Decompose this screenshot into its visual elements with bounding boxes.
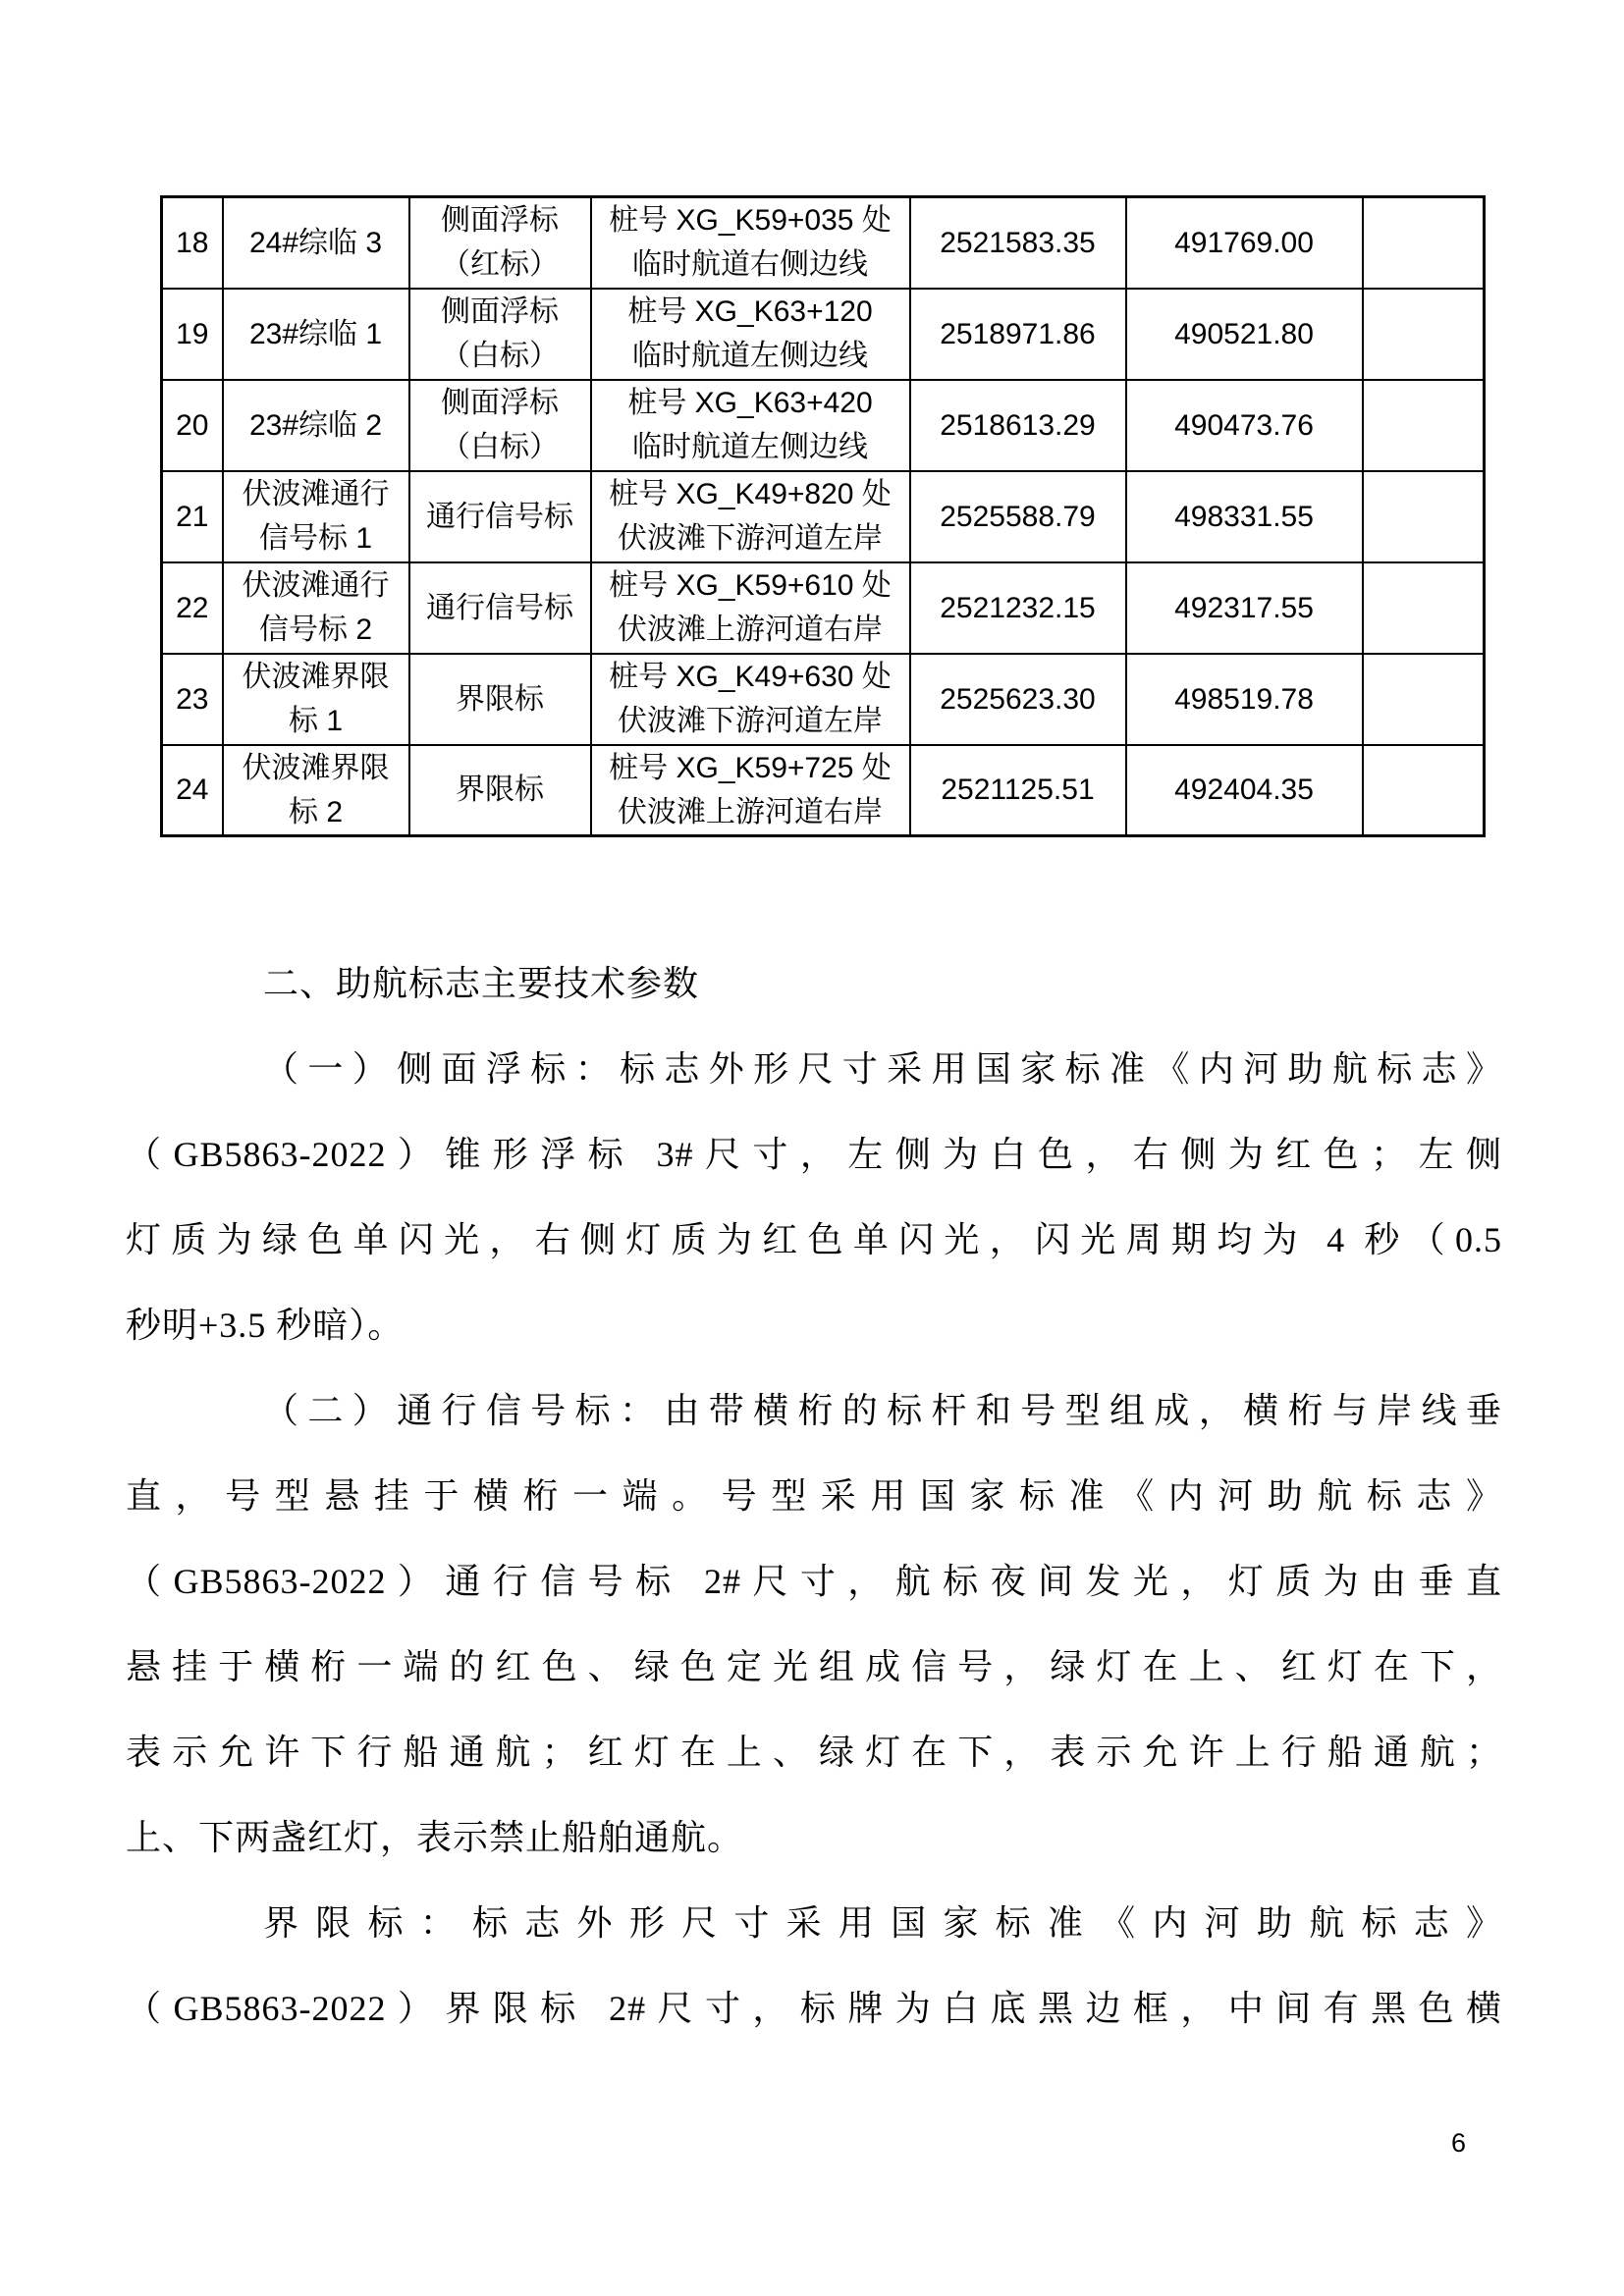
- location-line: 临时航道右侧边线: [592, 242, 909, 287]
- name-line: 信号标 1: [224, 516, 408, 561]
- remark-cell: [1363, 745, 1485, 836]
- name-line: 标 1: [224, 699, 408, 743]
- y-coordinate-cell: 498331.55: [1126, 471, 1363, 562]
- name-line: 标 2: [224, 790, 408, 834]
- body-line: 灯质为绿色单闪光，右侧灯质为红色单闪光，闪光周期均为 4 秒（0.5: [126, 1198, 1502, 1283]
- body-line: （GB5863-2022）通行信号标 2#尺寸，航标夜间发光，灯质为由垂直: [126, 1539, 1502, 1625]
- body-line: 表示允许下行船通航；红灯在上、绿灯在下，表示允许上行船通航；: [126, 1710, 1502, 1795]
- body-line: 界限标：标志外形尺寸采用国家标准《内河助航标志》: [126, 1881, 1502, 1966]
- location-cell: 桩号 XG_K63+120临时航道左侧边线: [591, 289, 910, 380]
- name-line: 23#综临 2: [224, 403, 408, 448]
- remark-cell: [1363, 471, 1485, 562]
- y-coordinate-cell: 491769.00: [1126, 197, 1363, 289]
- body-text: 二、助航标志主要技术参数 （一）侧面浮标：标志外形尺寸采用国家标准《内河助航标志…: [126, 941, 1502, 2052]
- location-cell: 桩号 XG_K59+035 处临时航道右侧边线: [591, 197, 910, 289]
- location-line: 桩号 XG_K59+725 处: [592, 746, 909, 790]
- x-coordinate-cell: 2521232.15: [910, 562, 1126, 654]
- seq-cell: 21: [162, 471, 223, 562]
- x-coordinate-cell: 2521583.35: [910, 197, 1126, 289]
- table-row: 23 伏波滩界限标 1 界限标 桩号 XG_K49+630 处伏波滩下游河道左岸…: [162, 654, 1485, 745]
- type-line: 界限标: [410, 677, 590, 721]
- x-coordinate-cell: 2521125.51: [910, 745, 1126, 836]
- type-line: （红标）: [410, 242, 590, 287]
- location-line: 伏波滩上游河道右岸: [592, 790, 909, 834]
- seq-cell: 19: [162, 289, 223, 380]
- remark-cell: [1363, 289, 1485, 380]
- x-coordinate-cell: 2518613.29: [910, 380, 1126, 471]
- location-cell: 桩号 XG_K49+820 处伏波滩下游河道左岸: [591, 471, 910, 562]
- location-line: 伏波滩下游河道左岸: [592, 516, 909, 561]
- seq-cell: 24: [162, 745, 223, 836]
- type-line: 侧面浮标: [410, 381, 590, 425]
- name-line: 24#综临 3: [224, 221, 408, 265]
- seq-cell: 23: [162, 654, 223, 745]
- remark-cell: [1363, 197, 1485, 289]
- remark-cell: [1363, 654, 1485, 745]
- body-line: （一）侧面浮标：标志外形尺寸采用国家标准《内河助航标志》: [126, 1027, 1502, 1112]
- name-line: 伏波滩界限: [224, 655, 408, 699]
- type-line: 通行信号标: [410, 586, 590, 630]
- body-line: 直，号型悬挂于横桁一端。号型采用国家标准《内河助航标志》: [126, 1454, 1502, 1539]
- y-coordinate-cell: 490521.80: [1126, 289, 1363, 380]
- body-line: 上、下两盏红灯，表示禁止船舶通航。: [126, 1795, 1502, 1881]
- body-line: （二）通行信号标：由带横桁的标杆和号型组成，横桁与岸线垂: [126, 1368, 1502, 1454]
- name-line: 23#综临 1: [224, 312, 408, 356]
- location-line: 桩号 XG_K59+035 处: [592, 198, 909, 242]
- remark-cell: [1363, 562, 1485, 654]
- location-line: 伏波滩下游河道左岸: [592, 699, 909, 743]
- body-line: （GB5863-2022）锥形浮标 3#尺寸，左侧为白色，右侧为红色；左侧: [126, 1112, 1502, 1198]
- location-cell: 桩号 XG_K59+610 处伏波滩上游河道右岸: [591, 562, 910, 654]
- type-cell: 界限标: [409, 654, 591, 745]
- type-cell: 侧面浮标（白标）: [409, 380, 591, 471]
- body-line: （GB5863-2022）界限标 2#尺寸，标牌为白底黑边框，中间有黑色横: [126, 1966, 1502, 2052]
- type-cell: 通行信号标: [409, 562, 591, 654]
- type-line: 通行信号标: [410, 495, 590, 539]
- location-cell: 桩号 XG_K63+420临时航道左侧边线: [591, 380, 910, 471]
- location-line: 桩号 XG_K49+820 处: [592, 472, 909, 516]
- table-row: 21 伏波滩通行信号标 1 通行信号标 桩号 XG_K49+820 处伏波滩下游…: [162, 471, 1485, 562]
- name-cell: 伏波滩通行信号标 2: [223, 562, 409, 654]
- name-line: 伏波滩通行: [224, 563, 408, 608]
- table-row: 18 24#综临 3 侧面浮标（红标） 桩号 XG_K59+035 处临时航道右…: [162, 197, 1485, 289]
- seq-cell: 22: [162, 562, 223, 654]
- type-line: （白标）: [410, 425, 590, 469]
- location-cell: 桩号 XG_K49+630 处伏波滩下游河道左岸: [591, 654, 910, 745]
- type-line: 界限标: [410, 768, 590, 812]
- name-cell: 伏波滩通行信号标 1: [223, 471, 409, 562]
- y-coordinate-cell: 492404.35: [1126, 745, 1363, 836]
- name-cell: 23#综临 1: [223, 289, 409, 380]
- remark-cell: [1363, 380, 1485, 471]
- location-line: 桩号 XG_K59+610 处: [592, 563, 909, 608]
- name-cell: 伏波滩界限标 2: [223, 745, 409, 836]
- document-page: 18 24#综临 3 侧面浮标（红标） 桩号 XG_K59+035 处临时航道右…: [0, 0, 1624, 2296]
- name-cell: 24#综临 3: [223, 197, 409, 289]
- seq-cell: 20: [162, 380, 223, 471]
- table-row: 19 23#综临 1 侧面浮标（白标） 桩号 XG_K63+120临时航道左侧边…: [162, 289, 1485, 380]
- y-coordinate-cell: 492317.55: [1126, 562, 1363, 654]
- x-coordinate-cell: 2525623.30: [910, 654, 1126, 745]
- name-line: 伏波滩通行: [224, 472, 408, 516]
- location-line: 桩号 XG_K63+420: [592, 381, 909, 425]
- y-coordinate-cell: 498519.78: [1126, 654, 1363, 745]
- table-row: 22 伏波滩通行信号标 2 通行信号标 桩号 XG_K59+610 处伏波滩上游…: [162, 562, 1485, 654]
- location-cell: 桩号 XG_K59+725 处伏波滩上游河道右岸: [591, 745, 910, 836]
- location-line: 伏波滩上游河道右岸: [592, 608, 909, 652]
- table-row: 24 伏波滩界限标 2 界限标 桩号 XG_K59+725 处伏波滩上游河道右岸…: [162, 745, 1485, 836]
- type-cell: 侧面浮标（红标）: [409, 197, 591, 289]
- type-line: 侧面浮标: [410, 198, 590, 242]
- page-number: 6: [1451, 2128, 1466, 2159]
- type-cell: 侧面浮标（白标）: [409, 289, 591, 380]
- name-cell: 23#综临 2: [223, 380, 409, 471]
- name-line: 伏波滩界限: [224, 746, 408, 790]
- table-row: 20 23#综临 2 侧面浮标（白标） 桩号 XG_K63+420临时航道左侧边…: [162, 380, 1485, 471]
- y-coordinate-cell: 490473.76: [1126, 380, 1363, 471]
- name-line: 信号标 2: [224, 608, 408, 652]
- type-line: 侧面浮标: [410, 290, 590, 334]
- type-cell: 界限标: [409, 745, 591, 836]
- location-line: 桩号 XG_K63+120: [592, 290, 909, 334]
- x-coordinate-cell: 2518971.86: [910, 289, 1126, 380]
- location-line: 临时航道左侧边线: [592, 334, 909, 378]
- section-heading: 二、助航标志主要技术参数: [126, 941, 1502, 1027]
- seq-cell: 18: [162, 197, 223, 289]
- location-line: 临时航道左侧边线: [592, 425, 909, 469]
- x-coordinate-cell: 2525588.79: [910, 471, 1126, 562]
- body-line: 悬挂于横桁一端的红色、绿色定光组成信号，绿灯在上、红灯在下，: [126, 1625, 1502, 1710]
- location-line: 桩号 XG_K49+630 处: [592, 655, 909, 699]
- body-line: 秒明+3.5 秒暗）。: [126, 1283, 1502, 1368]
- navigation-aids-table: 18 24#综临 3 侧面浮标（红标） 桩号 XG_K59+035 处临时航道右…: [160, 195, 1486, 837]
- type-line: （白标）: [410, 334, 590, 378]
- name-cell: 伏波滩界限标 1: [223, 654, 409, 745]
- type-cell: 通行信号标: [409, 471, 591, 562]
